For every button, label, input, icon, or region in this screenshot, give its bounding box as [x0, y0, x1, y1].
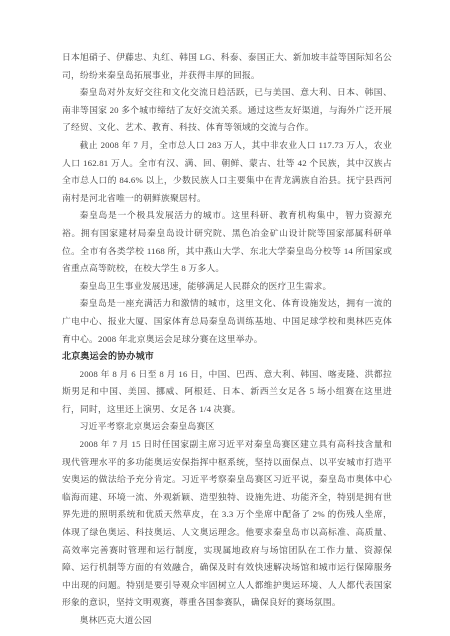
paragraph-international-companies: 日本旭硝子、伊藤忠、丸红、韩国 LG、科泰、泰国正大、新加坡丰益等国际知名公司，… — [62, 49, 392, 84]
subheading-olympic-avenue-park: 奥林匹克大道公园 — [62, 612, 392, 630]
document-page: 日本旭硝子、伊藤忠、丸红、韩国 LG、科泰、泰国正大、新加坡丰益等国际知名公司，… — [0, 0, 450, 636]
paragraph-friendly-exchanges: 秦皇岛对外友好交往和文化交流日趋活跃，已与美国、意大利、日本、韩国、南非等国家 … — [62, 84, 392, 137]
paragraph-culture-sports-facilities: 秦皇岛是一座充满活力和激情的城市，这里文化、体育设施发达，拥有一流的广电中心、报… — [62, 295, 392, 348]
section-heading-olympic-cohost-city: 北京奥运会的协办城市 — [62, 348, 392, 366]
paragraph-education-research: 秦皇岛是一个极具发展活力的城市。这里科研、教育机构集中，智力资源充裕。拥有国家建… — [62, 207, 392, 277]
paragraph-population-ethnic-groups: 截止 2008 年 7 月，全市总人口 283 万人，其中非农业人口 117.7… — [62, 137, 392, 207]
document-text-body: 日本旭硝子、伊藤忠、丸红、韩国 LG、科泰、泰国正大、新加坡丰益等国际知名公司，… — [62, 49, 392, 630]
subheading-xi-inspection: 习近平考察北京奥运会秦皇岛赛区 — [62, 418, 392, 436]
paragraph-xi-inspection-details: 2008 年 7 月 15 日时任国家副主席习近平对秦皇岛赛区建立具有高科技含量… — [62, 436, 392, 612]
paragraph-health-services: 秦皇岛卫生事业发展迅速，能够满足人民群众的医疗卫生需求。 — [62, 278, 392, 296]
paragraph-olympic-football-matches: 2008 年 8 月 6 日至 8 月 16 日，中国、巴西、意大利、韩国、喀麦… — [62, 366, 392, 419]
